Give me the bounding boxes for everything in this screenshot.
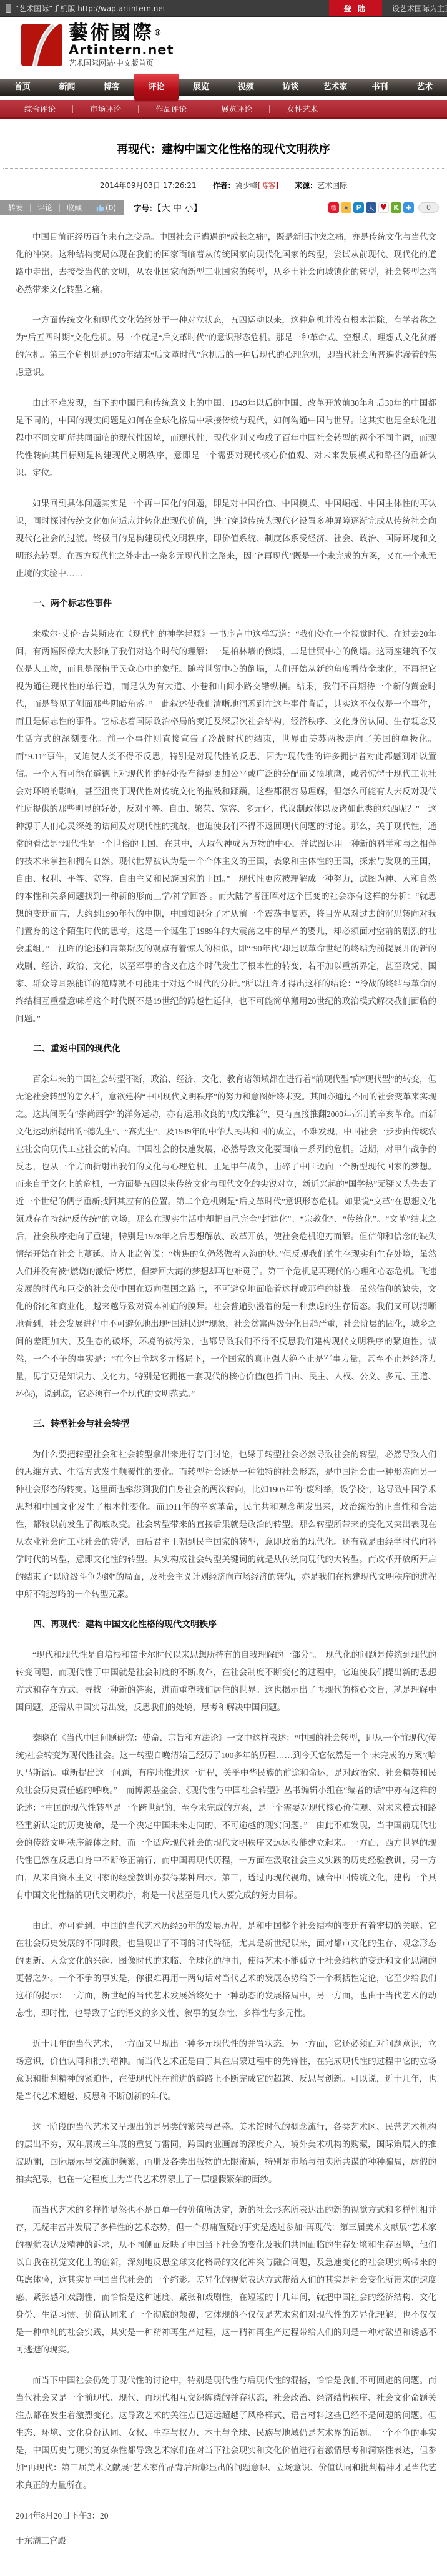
comment-button[interactable]: 评论 [37,202,52,213]
nav-item-books[interactable]: 书刊 [358,79,403,96]
subnav-item-exhibition-review[interactable]: 展览评论 [204,105,270,113]
action-bar: 转发 评论 收藏 (0) [0,200,124,215]
mobile-site-label: “艺术国际”手机版 http://wap.artintern.net [15,3,165,14]
like-button[interactable]: (0) [96,204,116,212]
logo-area: 藝術國際® Artintern.net 艺术国际网站·中文版首页 [0,17,447,72]
nav-item-news[interactable]: 新闻 [45,79,90,96]
set-homepage-link[interactable]: 设艺术国际为主页 [382,0,447,16]
paragraph: 米歇尔·艾伦·吉莱斯皮在《现代性的神学起源》一书序言中这样写道：“我们处在一个视… [16,626,436,1028]
divider [89,204,89,212]
paragraph: 秦晓在《当代中国问题研究：使命、宗旨和方法论》一文中这样表述：“中国的社会转型，… [16,1729,436,1904]
nav-item-art-clipped[interactable]: 艺术 [402,79,447,96]
subnav-item-female-art[interactable]: 女性艺术 [270,105,335,113]
paragraph: 而当代艺术的多样性显然也不是由单一的价值所决定，新的社会形态所表达出的新的视觉方… [16,2201,436,2359]
article-body: 中国目前正经历百年未有之变局。中国社会正遭遇的“成长之痛”，既是新旧冲突之痛，亦… [0,224,447,2576]
paragraph: 如果回到具体问题其实是一个再中国化的问题，即是对中国价值、中国模式、中国崛起、中… [16,495,436,583]
dotted-divider [3,168,444,169]
subnav-item-work-review[interactable]: 作品评论 [139,105,204,113]
nav-item-home[interactable]: 首页 [0,79,45,96]
share-sina-weibo-icon[interactable] [328,202,339,213]
source-name[interactable]: 艺术国际 [317,181,347,190]
logo-cn-title: 藝術國際 [69,22,154,44]
paragraph: “现代和现代性是自培根和笛卡尔时代以来思想所持有的自我理解的一部分”。 现代化的… [16,1646,436,1716]
paragraph: 由此不难发现，当下的中国已和传统意义上的中国、1949年以后的中国、改革开放前3… [16,395,436,482]
share-douban-icon[interactable] [378,202,389,213]
paragraph: 而当下中国社会仍处于现代性的讨论中，特别是现代性与后现代性的混搭，恰恰是我们不可… [16,2372,436,2494]
font-size-control: 字号：【大 中 小】 [134,202,202,214]
favorite-button[interactable]: 收藏 [67,202,82,213]
divider [59,204,60,212]
paragraph: 为什么要把转型社会和社会转型拿出来进行专门讨论，也缘于转型社会必然导致社会的转型… [16,1446,436,1603]
nav-item-artist[interactable]: 艺术家 [313,79,358,96]
subnav-item-market-review[interactable]: 市场评论 [73,105,139,113]
top-bar: “艺术国际”手机版 http://wap.artintern.net 登 陆 设… [0,0,447,17]
action-row: 转发 评论 收藏 (0) 字号：【大 中 小】 0 [0,200,447,215]
source-label: 来源： [295,181,317,190]
logo-tagline: 艺术国际网站·中文版首页 [69,59,174,67]
thumb-up-icon [96,204,104,212]
section-heading-2: 二、重返中国的现代化 [16,1041,436,1058]
section-heading-1: 一、两个标志性事件 [16,596,436,613]
font-size-label: 字号： [134,204,157,213]
phone-icon [6,4,11,13]
signature-place: 于东湖三官殿 [16,2532,436,2550]
author-label: 作者： [213,181,235,190]
font-size-options[interactable]: 【大 中 小】 [157,204,202,214]
main-nav: 首页 新闻 博客 评论 展览 视频 访谈 艺术家 书刊 艺术 [0,79,447,96]
share-kaixin-icon[interactable] [391,202,401,213]
paragraph: 一方面传统文化和现代文化始终处于一种对立状态，五四运动以来，这种危机并没有根本消… [16,312,436,381]
divider [30,204,31,212]
signature-date: 2014年8月20日下午3：20 [16,2507,436,2525]
nav-item-video[interactable]: 视频 [223,79,268,96]
nav-item-interview[interactable]: 访谈 [268,79,313,96]
mobile-site-link[interactable]: “艺术国际”手机版 http://wap.artintern.net [0,0,329,16]
forward-button[interactable]: 转发 [8,202,23,213]
section-heading-3: 三、转型社会与社会转型 [16,1416,436,1433]
article-meta: 2014年09月03日 17:26:21作者：冀少峰[博客]来源：艺术国际 [0,180,447,190]
logo-en-title: Artintern.net [69,43,174,57]
logo-text: 藝術國際® Artintern.net 艺术国际网站·中文版首页 [69,23,174,67]
share-more-icon[interactable] [403,202,414,213]
share-box: 0 [328,202,447,213]
paragraph: 中国目前正经历百年未有之变局。中国社会正遭遇的“成长之痛”，既是新旧冲突之痛，亦… [16,229,436,298]
sub-nav: 综合评论 市场评论 作品评论 展览评论 女性艺术 [0,100,447,119]
share-renren-icon[interactable] [366,202,376,213]
like-count: (0) [106,204,116,212]
publish-date: 2014年09月03日 17:26:21 [100,181,197,190]
registered-mark: ® [154,29,162,38]
logo-curve-graphic [21,24,62,66]
paragraph: 这一阶段的当代艺术又呈现出的是另类的繁荣与昌盛。美术馆时代的概念流行，各类艺术区… [16,2118,436,2188]
share-count-badge: 0 [418,202,439,213]
paragraph: 由此，亦可看到，中国的当代艺术历经30年的发展历程，是和中国整个社会结构的变迁有… [16,1917,436,2022]
page-title: 再现代：建构中国文化性格的现代文明秩序 [19,140,428,157]
section-heading-4: 四、再现代：建构中国文化性格的现代文明秩序 [16,1616,436,1634]
artintern-logo[interactable] [21,24,62,66]
subnav-item-general-review[interactable]: 综合评论 [7,105,73,113]
author-blog-link[interactable]: [博客] [258,181,278,190]
nav-item-exhibition[interactable]: 展览 [179,79,223,96]
page: “艺术国际”手机版 http://wap.artintern.net 登 陆 设… [0,0,447,2576]
author-name[interactable]: 冀少峰 [235,181,258,190]
nav-item-review-active[interactable]: 评论 [134,74,179,101]
nav-item-blog[interactable]: 博客 [89,79,134,96]
share-qzone-icon[interactable] [341,202,351,213]
paragraph: 百余年来的中国社会转型不断，政治、经济、文化、教育诸领域都在进行着“前现代型”向… [16,1071,436,1403]
login-button[interactable]: 登 陆 [329,0,382,16]
share-tencent-weibo-icon[interactable] [353,202,364,213]
paragraph: 近十几年的当代艺术，一方面又呈现出一种多元现代性的并置状态，另一方面，它还必须面… [16,2035,436,2105]
